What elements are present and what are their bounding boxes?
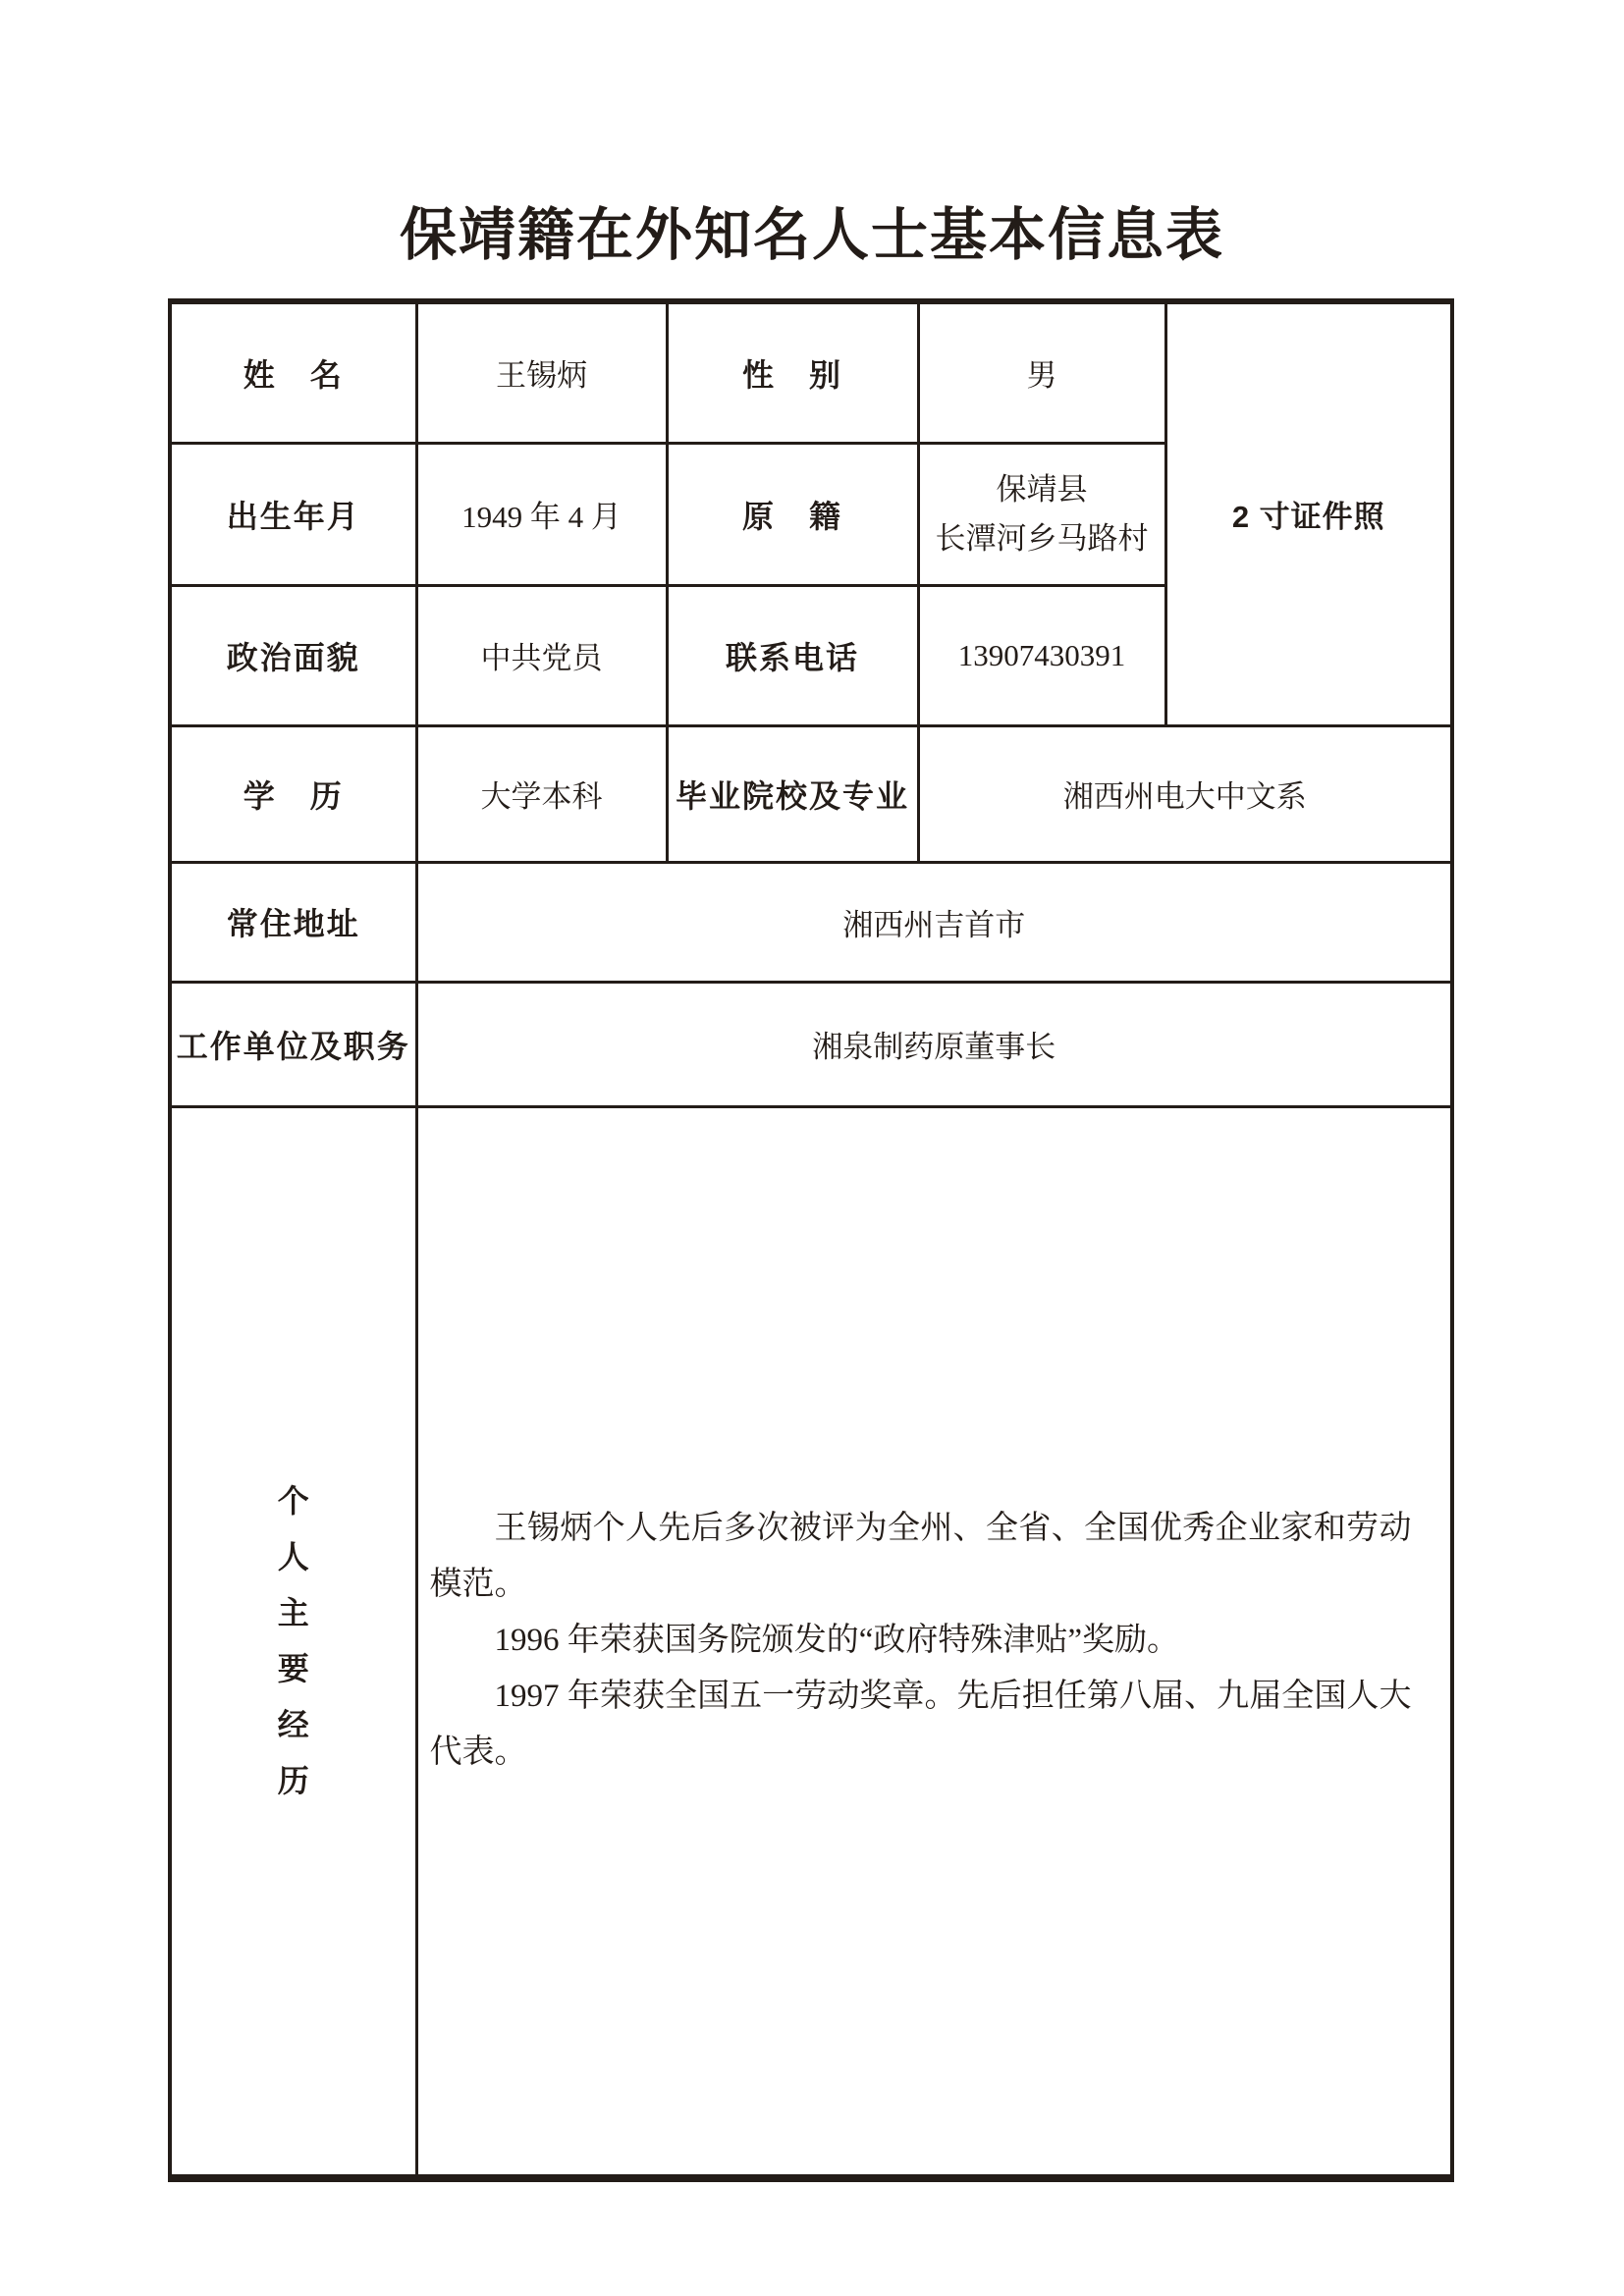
- biography-paragraph: 1997 年荣获全国五一劳动奖章。先后担任第八届、九届全国人大代表。: [430, 1669, 1412, 1781]
- biography-cell: 王锡炳个人先后多次被评为全州、全省、全国优秀企业家和劳动模范。 1996 年荣获…: [416, 1106, 1452, 2178]
- education-label: 学 历: [170, 725, 416, 862]
- origin-label: 原 籍: [667, 443, 918, 585]
- political-status-label: 政治面貌: [170, 585, 416, 725]
- school-major-label: 毕业院校及专业: [667, 725, 918, 862]
- origin-value: 保靖县 长潭河乡马路村: [918, 443, 1165, 585]
- table-row-education: 学 历 大学本科 毕业院校及专业 湘西州电大中文系: [170, 725, 1452, 862]
- info-table: 姓 名 王锡炳 性 别 男 2 寸证件照 出生年月 1949 年 4 月 原 籍…: [168, 298, 1454, 2182]
- name-label: 姓 名: [170, 301, 416, 443]
- biography-paragraph: 1996 年荣获国务院颁发的“政府特殊津贴”奖励。: [430, 1613, 1412, 1669]
- table-row-name-gender: 姓 名 王锡炳 性 别 男 2 寸证件照: [170, 301, 1452, 443]
- table-row-biography: 个 人 主 要 经 历 王锡炳个人先后多次被评为全州、全省、全国优秀企业家和劳动…: [170, 1106, 1452, 2178]
- biography-paragraph: 王锡炳个人先后多次被评为全州、全省、全国优秀企业家和劳动模范。: [430, 1501, 1412, 1613]
- address-label: 常住地址: [170, 862, 416, 982]
- table-row-employer: 工作单位及职务 湘泉制药原董事长: [170, 982, 1452, 1106]
- table-row-address: 常住地址 湘西州吉首市: [170, 862, 1452, 982]
- phone-label: 联系电话: [667, 585, 918, 725]
- name-value: 王锡炳: [416, 301, 667, 443]
- birthdate-value: 1949 年 4 月: [416, 443, 667, 585]
- document-page: 保靖籍在外知名人士基本信息表 姓 名 王锡炳 性 别 男 2 寸证件照 出生年月…: [0, 0, 1624, 2296]
- biography-text: 王锡炳个人先后多次被评为全州、全省、全国优秀企业家和劳动模范。 1996 年荣获…: [430, 1501, 1412, 1781]
- birthdate-label: 出生年月: [170, 443, 416, 585]
- phone-value: 13907430391: [918, 585, 1165, 725]
- address-value: 湘西州吉首市: [416, 862, 1452, 982]
- school-major-value: 湘西州电大中文系: [918, 725, 1452, 862]
- gender-label: 性 别: [667, 301, 918, 443]
- gender-value: 男: [918, 301, 1165, 443]
- page-title: 保靖籍在外知名人士基本信息表: [0, 188, 1624, 271]
- political-status-value: 中共党员: [416, 585, 667, 725]
- education-value: 大学本科: [416, 725, 667, 862]
- photo-placeholder: 2 寸证件照: [1165, 301, 1452, 725]
- biography-label-vertical: 个 人 主 要 经 历: [170, 1106, 416, 2178]
- employer-value: 湘泉制药原董事长: [416, 982, 1452, 1106]
- employer-label: 工作单位及职务: [170, 982, 416, 1106]
